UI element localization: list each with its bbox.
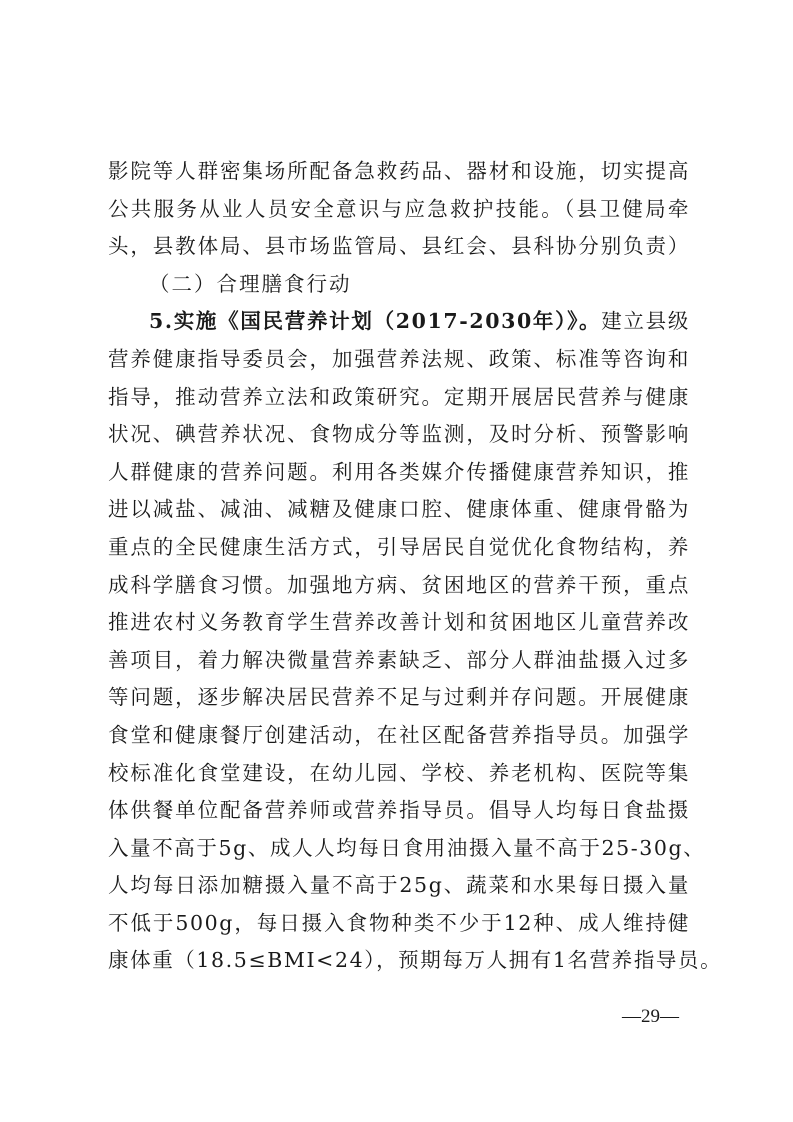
text-line: 康体重（18.5≤BMI<24），预期每万人拥有1名营养指导员。 [108,942,690,980]
item-first-line-rest: 建立县级 [601,309,690,333]
text-line: 成科学膳食习惯。加强地方病、贫困地区的营养干预，重点 [108,567,690,605]
text-line: 推进农村义务教育学生营养改善计划和贫困地区儿童营养改 [108,604,690,642]
section-heading: （二）合理膳食行动 [108,266,690,304]
text-line: 进以减盐、减油、减糖及健康口腔、健康体重、健康骨骼为 [108,491,690,529]
item-first-line: 5.实施《国民营养计划（2017-2030年）》。建立县级 [108,303,690,341]
text-line: 营养健康指导委员会，加强营养法规、政策、标准等咨询和 [108,341,690,379]
text-line: 头，县教体局、县市场监管局、县红会、县科协分别负责） [108,228,690,266]
body-text: 影院等人群密集场所配备急救药品、器材和设施，切实提高 公共服务从业人员安全意识与… [108,153,690,980]
text-line: 指导，推动营养立法和政策研究。定期开展居民营养与健康 [108,379,690,417]
text-line: 影院等人群密集场所配备急救药品、器材和设施，切实提高 [108,153,690,191]
text-line: 人群健康的营养问题。利用各类媒介传播健康营养知识，推 [108,454,690,492]
text-line: 状况、碘营养状况、食物成分等监测，及时分析、预警影响 [108,416,690,454]
item-lead-title: 5.实施《国民营养计划（2017-2030年）》。 [149,309,601,333]
text-line: 人均每日添加糖摄入量不高于25g、蔬菜和水果每日摄入量 [108,867,690,905]
text-line: 重点的全民健康生活方式，引导居民自觉优化食物结构，养 [108,529,690,567]
text-line: 食堂和健康餐厅创建活动，在社区配备营养指导员。加强学 [108,717,690,755]
text-line: 入量不高于5g、成人人均每日食用油摄入量不高于25-30g、 [108,830,690,868]
text-line: 不低于500g，每日摄入食物种类不少于12种、成人维持健 [108,905,690,943]
page-number: —29— [622,1006,679,1028]
text-line: 公共服务从业人员安全意识与应急救护技能。（县卫健局牵 [108,191,690,229]
text-line: 校标准化食堂建设，在幼儿园、学校、养老机构、医院等集 [108,755,690,793]
document-page: 影院等人群密集场所配备急救药品、器材和设施，切实提高 公共服务从业人员安全意识与… [0,0,793,1122]
text-line: 体供餐单位配备营养师或营养指导员。倡导人均每日食盐摄 [108,792,690,830]
text-line: 等问题，逐步解决居民营养不足与过剩并存问题。开展健康 [108,679,690,717]
text-line: 善项目，着力解决微量营养素缺乏、部分人群油盐摄入过多 [108,642,690,680]
